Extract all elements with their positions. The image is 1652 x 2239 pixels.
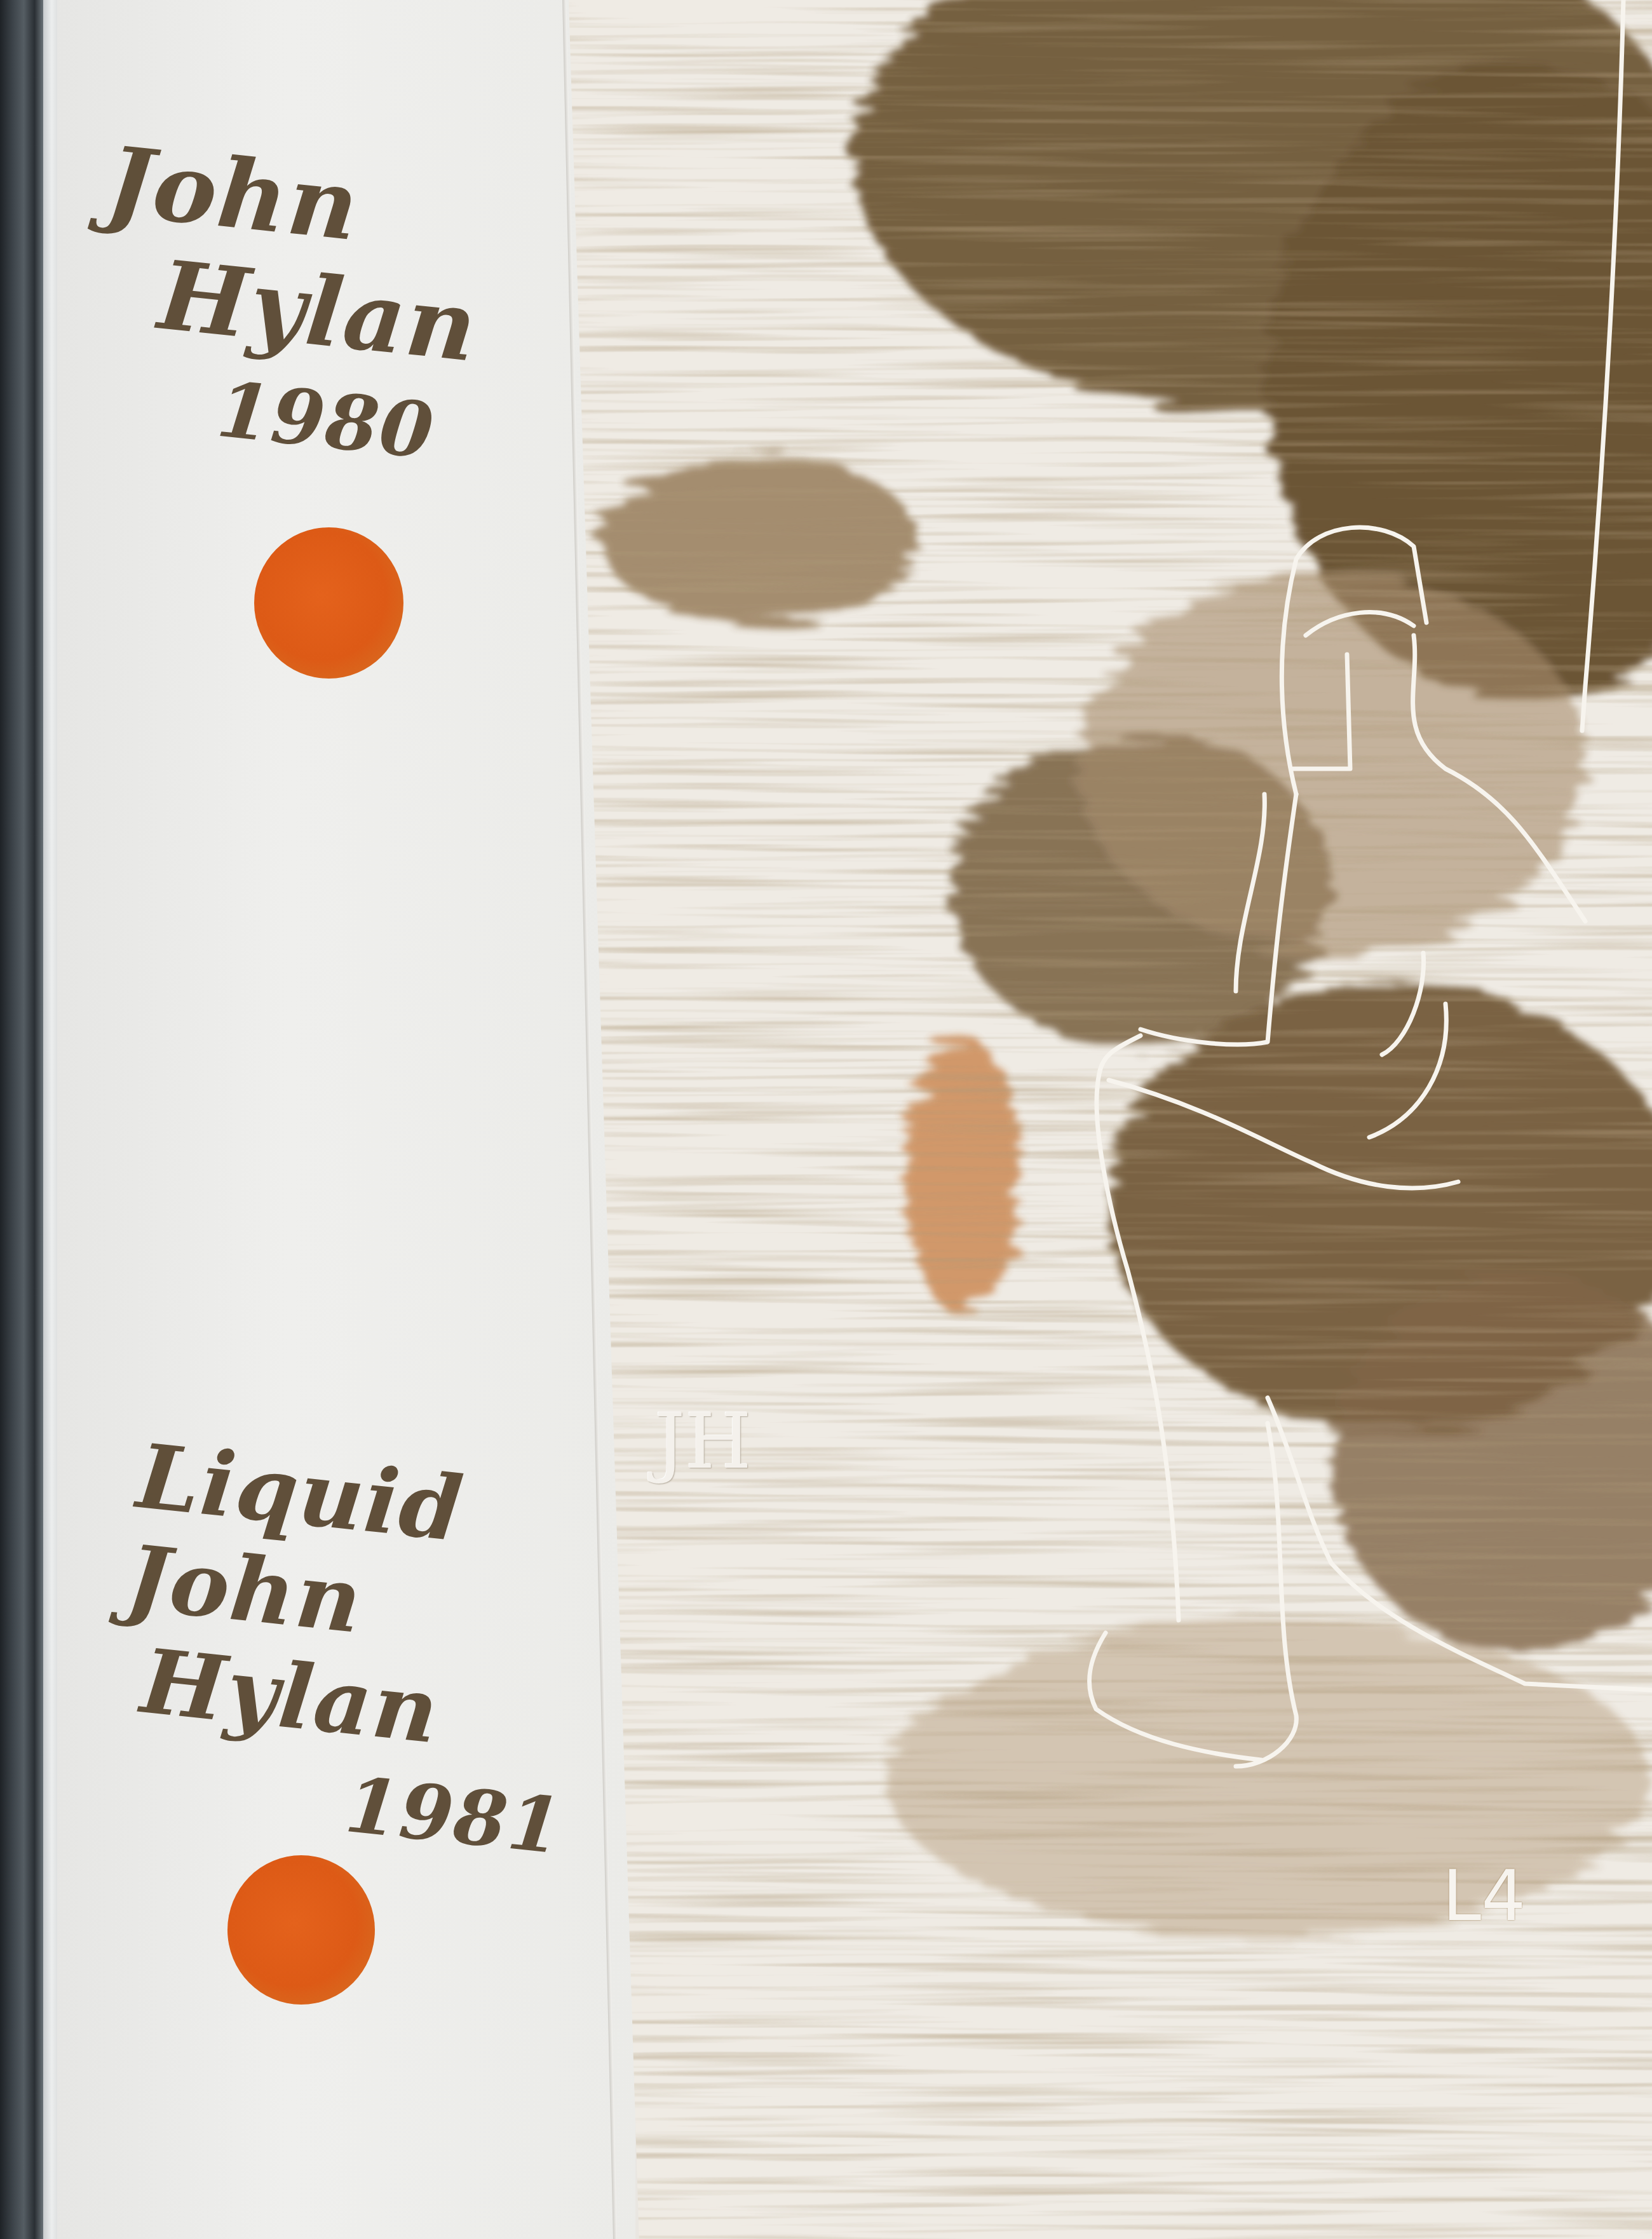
orange-seal-lower [227, 1855, 375, 2005]
lower-signature: Liquid John Hylan 1981 [101, 1426, 600, 1878]
plate-number-mark: L4 [1442, 1855, 1526, 1937]
lower-signature-line4: 1981 [341, 1754, 567, 1878]
upper-signature: John Hylan 1980 [79, 127, 494, 489]
mat-board: John Hylan 1980 Liquid John Hylan 1981 [57, 0, 635, 2239]
picture-frame-edge [0, 0, 43, 2239]
monotype-print: JH L4 [569, 0, 1652, 2239]
embossed-chop-mark: JH [654, 1398, 752, 1486]
frame-inner-lip [43, 0, 57, 2239]
orange-seal-upper [254, 527, 403, 679]
upper-signature-line1: John [102, 127, 494, 274]
